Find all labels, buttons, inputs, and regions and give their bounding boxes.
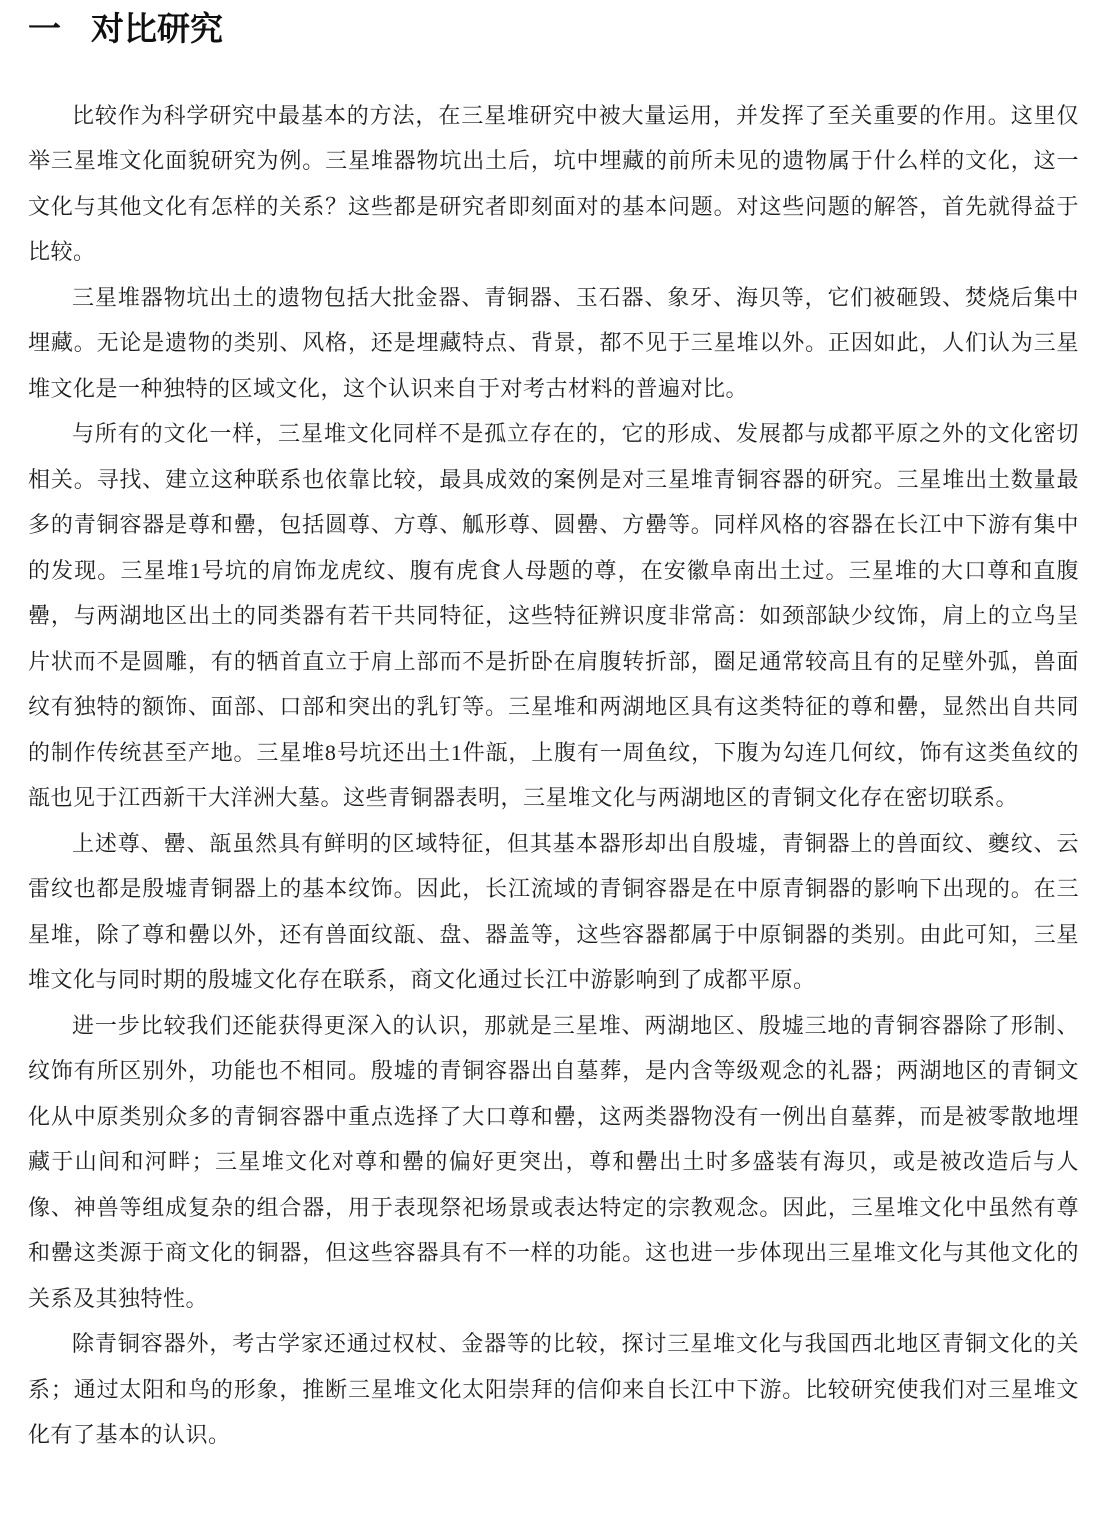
- page-title: 一对比研究: [28, 8, 1079, 51]
- paragraph: 与所有的文化一样，三星堆文化同样不是孤立存在的，它的形成、发展都与成都平原之外的…: [28, 411, 1079, 821]
- document-body: 比较作为科学研究中最基本的方法，在三星堆研究中被大量运用，并发挥了至关重要的作用…: [28, 93, 1079, 1458]
- paragraph: 除青铜容器外，考古学家还通过权杖、金器等的比较，探讨三星堆文化与我国西北地区青铜…: [28, 1321, 1079, 1458]
- section-title: 对比研究: [91, 10, 223, 47]
- paragraph: 进一步比较我们还能获得更深入的认识，那就是三星堆、两湖地区、殷墟三地的青铜容器除…: [28, 1003, 1079, 1322]
- section-number: 一: [28, 8, 61, 51]
- paragraph: 比较作为科学研究中最基本的方法，在三星堆研究中被大量运用，并发挥了至关重要的作用…: [28, 93, 1079, 275]
- document-page: { "doc": { "heading": { "number": "一", "…: [0, 0, 1105, 1515]
- paragraph: 三星堆器物坑出土的遗物包括大批金器、青铜器、玉石器、象牙、海贝等，它们被砸毁、焚…: [28, 275, 1079, 412]
- paragraph: 上述尊、罍、瓿虽然具有鲜明的区域特征，但其基本器形却出自殷墟，青铜器上的兽面纹、…: [28, 821, 1079, 1003]
